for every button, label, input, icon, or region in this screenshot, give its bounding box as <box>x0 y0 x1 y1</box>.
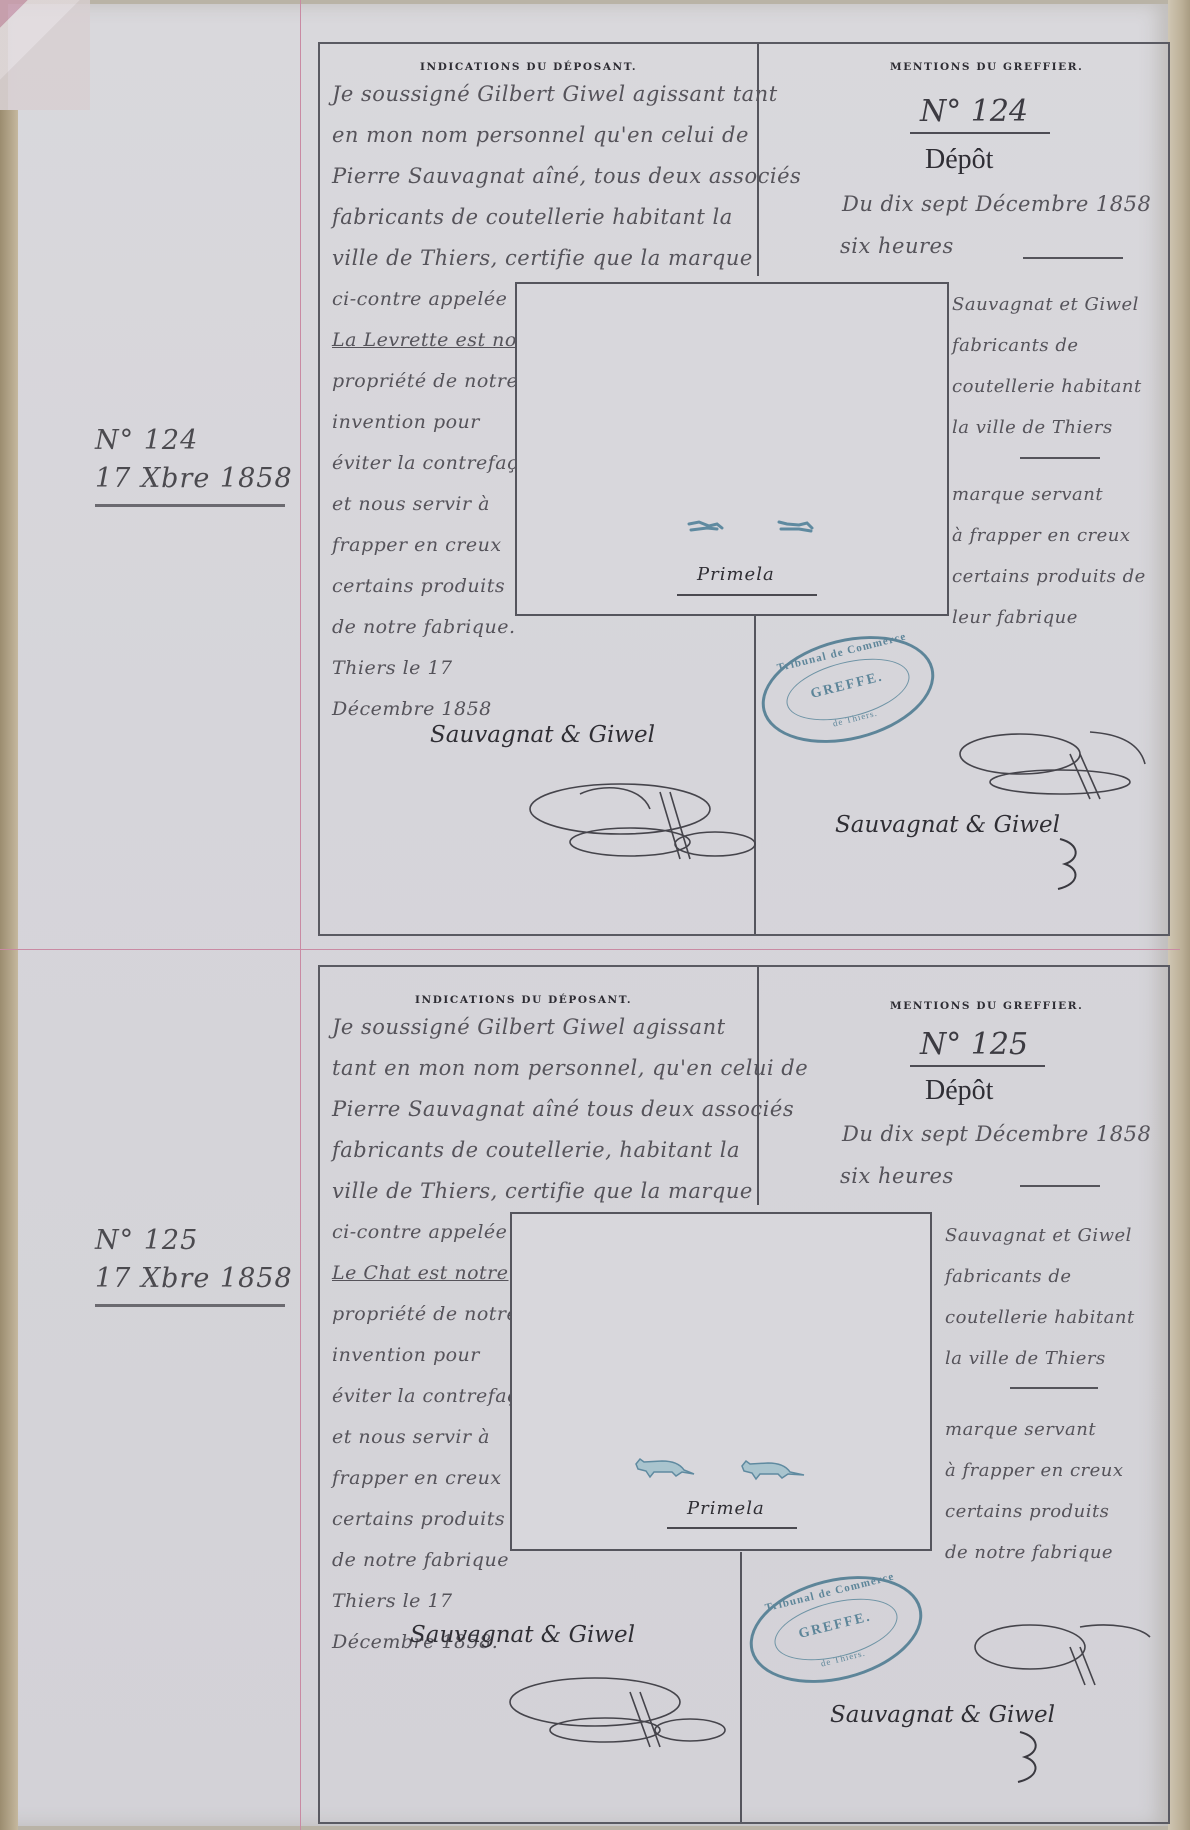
mark-drawing-box: Primela <box>515 282 949 616</box>
time-underline <box>1020 1185 1100 1187</box>
registration-number: N° 125 <box>920 1027 1028 1062</box>
depositor-notes-divider <box>1010 1387 1098 1389</box>
time-underline <box>1023 257 1123 259</box>
greffier-paraph-right-icon <box>940 724 1160 804</box>
cat-marks-icon <box>632 1454 822 1484</box>
deposant-signature-right: Sauvagnat & Giwel <box>835 812 1060 838</box>
mark-name-underline <box>667 1527 797 1529</box>
signature-flourish-icon <box>1050 834 1090 894</box>
entry-frame: Indications du déposant. Mentions du gre… <box>318 965 1170 1824</box>
margin-note-date: 17 Xbre 1858 <box>95 1260 295 1298</box>
lower-column-divider <box>740 1552 742 1822</box>
margin-note: N° 124 17 Xbre 1858 <box>95 422 295 507</box>
scan-corner-artifact <box>0 0 90 110</box>
greffier-depositor-notes: Sauvagnat et Giwel fabricants de coutell… <box>945 1215 1135 1379</box>
greffier-mark-use-notes: marque servant à frapper en creux certai… <box>945 1409 1124 1573</box>
greffier-paraph-right-icon <box>960 1607 1160 1687</box>
registration-number-underline <box>910 1065 1045 1067</box>
greffier-column-header: Mentions du greffier. <box>890 61 1083 73</box>
registration-number-underline <box>910 132 1050 134</box>
deposant-text: Je soussigné Gilbert Giwel agissant tant… <box>332 74 801 279</box>
margin-note-number: N° 124 <box>95 422 295 460</box>
deposant-signature: Sauvagnat & Giwel <box>410 1622 635 1648</box>
page-fore-edge <box>1168 0 1190 1830</box>
greffe-stamp: Tribunal de Commerce GREFFE. de Thiers. <box>738 1559 933 1700</box>
depot-label: Dépôt <box>925 144 993 176</box>
deposant-signature: Sauvagnat & Giwel <box>430 722 655 748</box>
depot-time: six heures <box>840 234 954 258</box>
entry-frame: Indications du déposant. Mentions du gre… <box>318 42 1170 936</box>
greffier-mark-use-notes: marque servant à frapper en creux certai… <box>952 474 1146 638</box>
greyhound-marks-icon <box>687 514 817 540</box>
page-binding-edge <box>0 110 18 1830</box>
margin-note-date: 17 Xbre 1858 <box>95 460 295 498</box>
signature-flourish-icon <box>1010 1727 1050 1787</box>
margin-rule-horizontal <box>0 949 1180 950</box>
margin-note: N° 125 17 Xbre 1858 <box>95 1222 295 1307</box>
deposant-text: Je soussigné Gilbert Giwel agissant tant… <box>332 1007 808 1212</box>
greffe-stamp: Tribunal de Commerce GREFFE. de Thiers. <box>750 619 945 760</box>
greffier-depositor-notes: Sauvagnat et Giwel fabricants de coutell… <box>952 284 1142 448</box>
depot-time: six heures <box>840 1164 954 1188</box>
deposant-column-header: Indications du déposant. <box>415 994 632 1006</box>
mark-name: Primela <box>687 1498 765 1519</box>
deposant-column-header: Indications du déposant. <box>420 61 637 73</box>
margin-rule-vertical <box>300 0 301 1830</box>
depot-date: Du dix sept Décembre 1858 <box>842 192 1151 216</box>
greffier-column-header: Mentions du greffier. <box>890 1000 1083 1012</box>
deposant-signature-right: Sauvagnat & Giwel <box>830 1702 1055 1728</box>
margin-note-number: N° 125 <box>95 1222 295 1260</box>
mark-name: Primela <box>697 564 775 585</box>
depot-label: Dépôt <box>925 1075 993 1107</box>
margin-note-underline <box>95 504 285 507</box>
depositor-notes-divider <box>1020 457 1100 459</box>
depot-date: Du dix sept Décembre 1858 <box>842 1122 1151 1146</box>
mark-name-underline <box>677 594 817 596</box>
mark-drawing-box: Primela <box>510 1212 932 1551</box>
registration-number: N° 124 <box>920 94 1028 129</box>
margin-note-underline <box>95 1304 285 1307</box>
